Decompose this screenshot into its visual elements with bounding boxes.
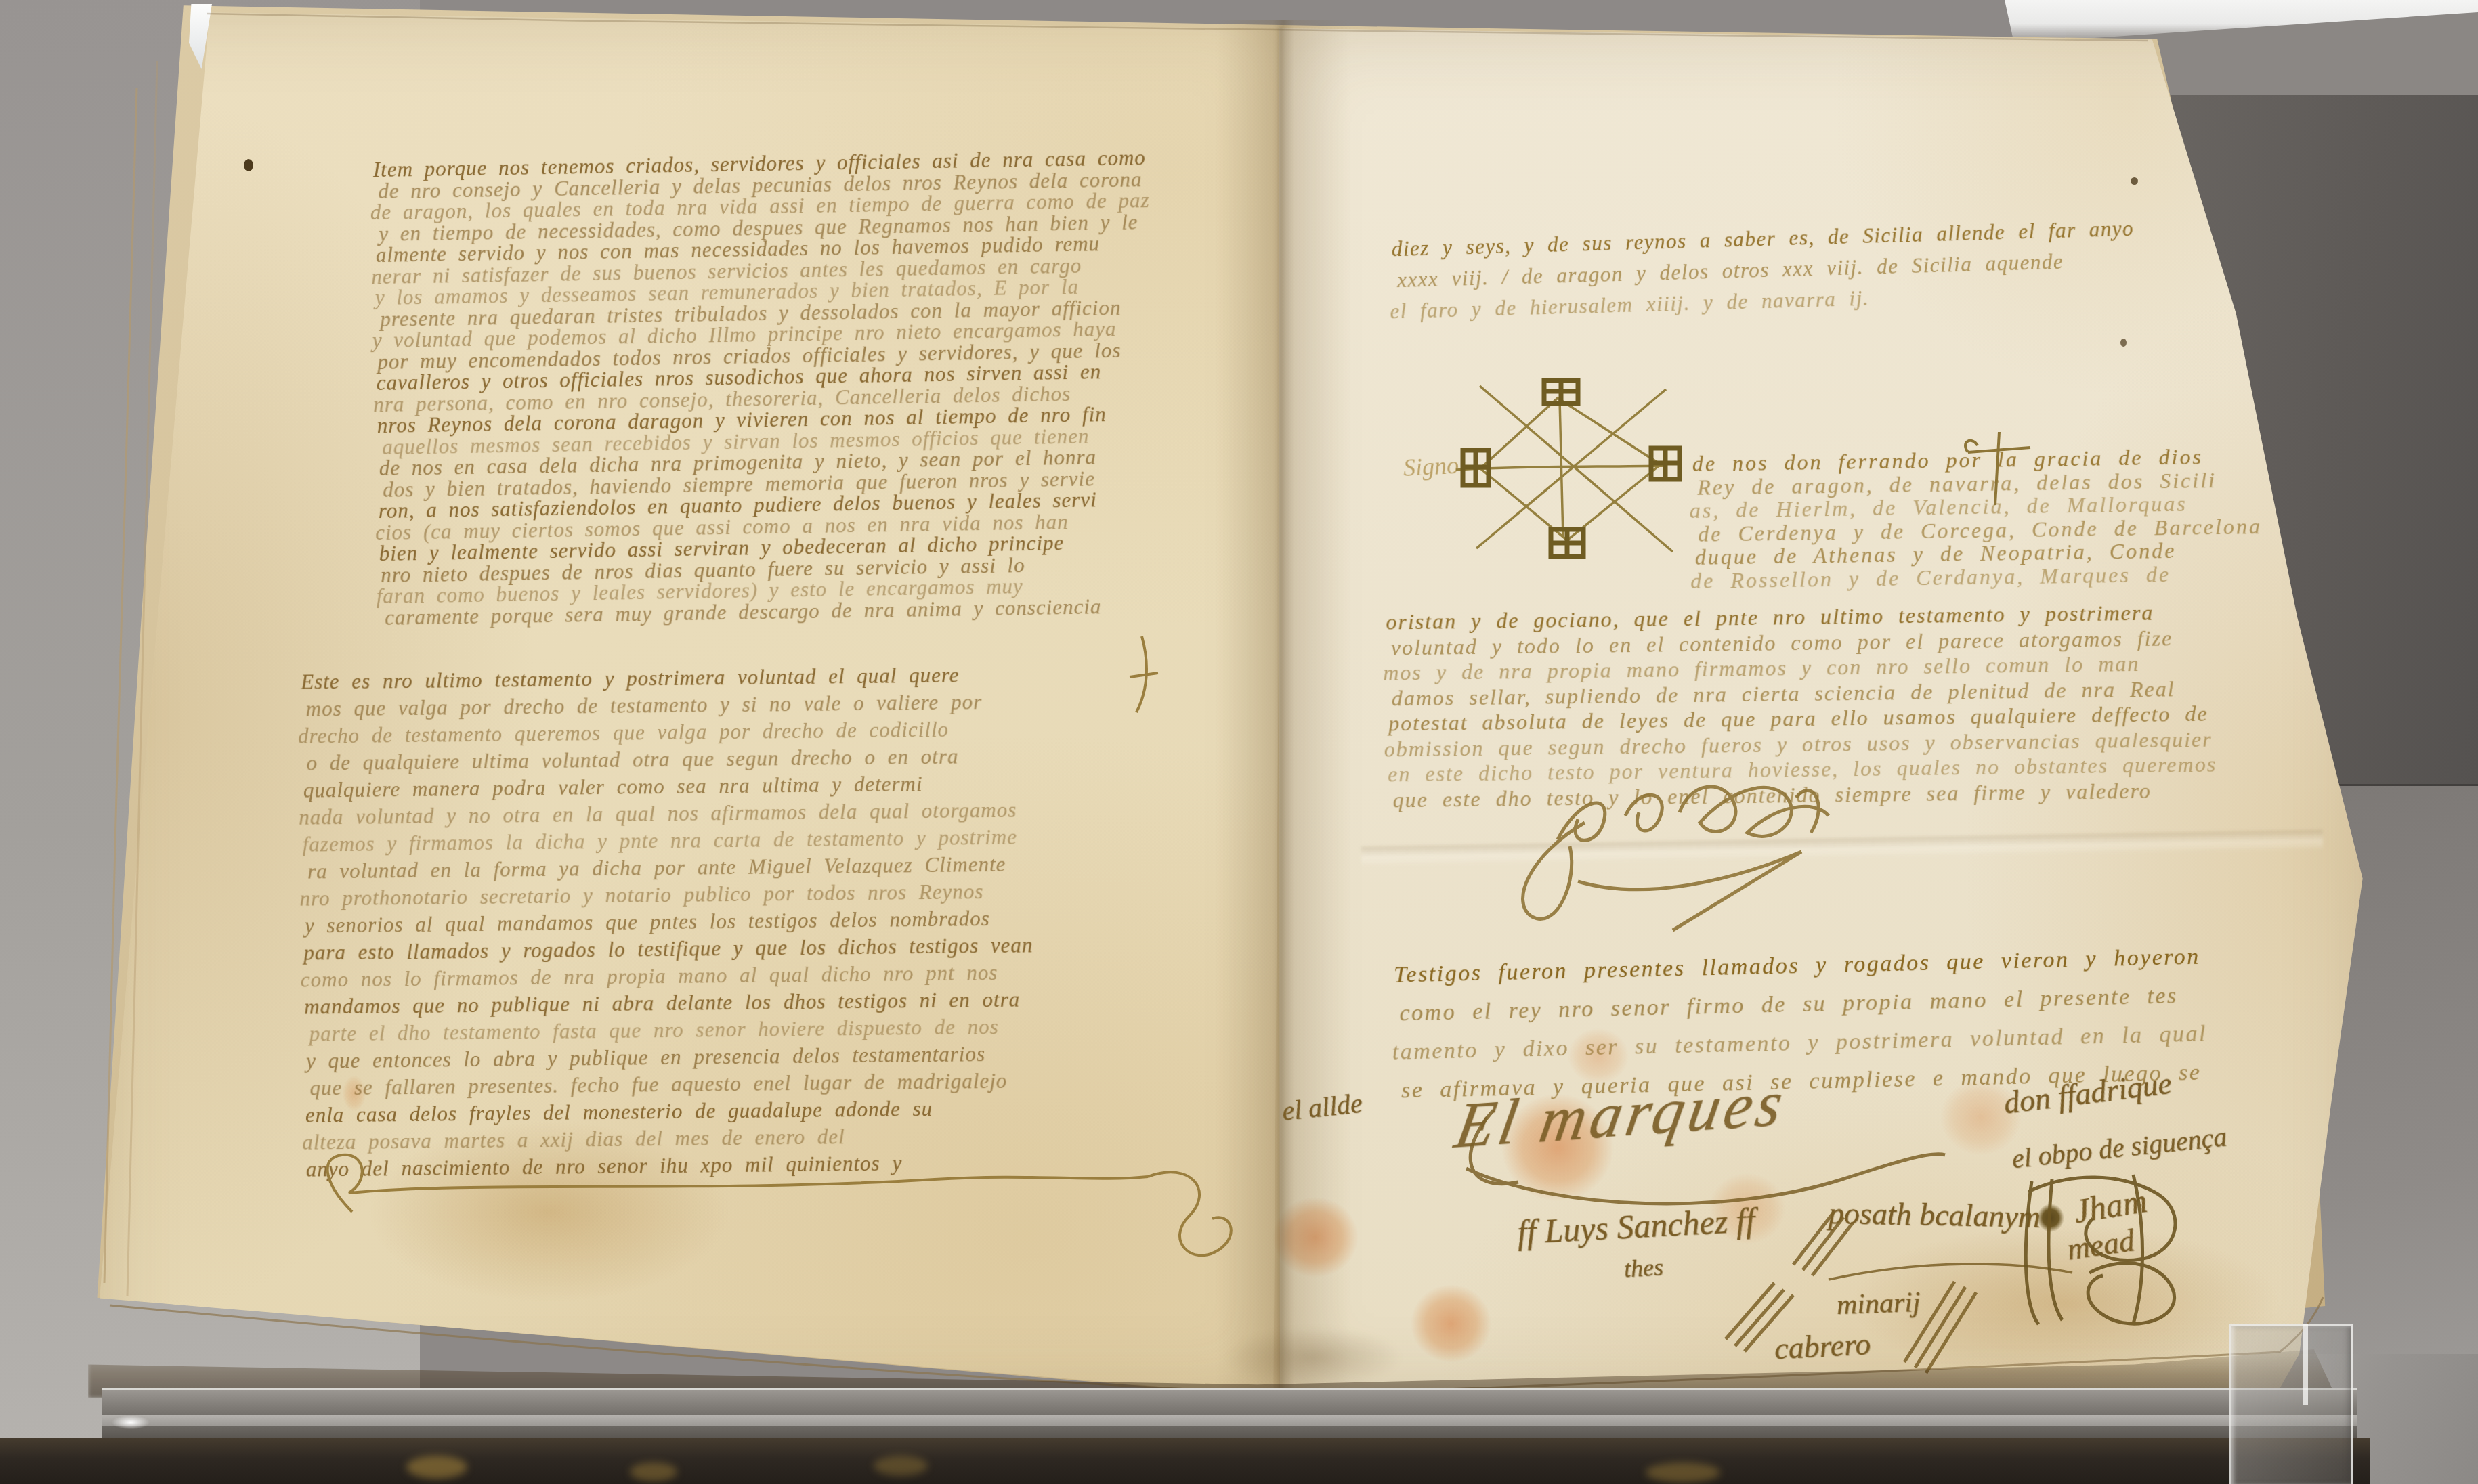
- posath-underline: [1829, 1264, 2072, 1280]
- margin-mark: [1130, 636, 1158, 712]
- marques-underline: [1466, 1154, 1945, 1204]
- tangle-signature-strokes: [2026, 1175, 2175, 1324]
- acrylic-shelf-bright-band: [102, 1415, 2357, 1426]
- photo-of-manuscript: { "colors": { "background_wall": "#8d898…: [0, 0, 2478, 1484]
- signum-glyph-top: [1544, 380, 1578, 403]
- acrylic-shelf-front-lip: [102, 1388, 2357, 1417]
- royal-rubric-yo-el-rey: [1523, 787, 1829, 930]
- left-page-closing-flourish: [328, 636, 1231, 1255]
- signum-vertical: [1560, 399, 1563, 538]
- signum-glyph-left: [1463, 450, 1489, 485]
- signature-flourishes: [1466, 1110, 2072, 1373]
- rubric-hatch-right: [1904, 1282, 1976, 1373]
- acrylic-stand-edge-highlight: [2303, 1324, 2308, 1405]
- amber-reflection: [874, 1456, 928, 1476]
- dark-shadow-under-shelf: [0, 1438, 2370, 1484]
- signum-glyph-right: [1651, 448, 1680, 479]
- ink-artwork-overlay: [0, 0, 2478, 1484]
- rubric-hatch-posath: [1793, 1212, 1853, 1275]
- signum-glyph-bottom: [1551, 529, 1583, 556]
- amber-reflection: [630, 1462, 677, 1481]
- acrylic-glint: [107, 1414, 154, 1431]
- invocation-cross: [1965, 432, 2030, 505]
- amber-reflection: [1646, 1462, 1720, 1483]
- amber-reflection: [406, 1456, 467, 1479]
- acrylic-stand-right-edge: [2229, 1324, 2353, 1484]
- rubric-hatch-left: [1726, 1283, 1793, 1351]
- royal-signum: [1456, 380, 1680, 556]
